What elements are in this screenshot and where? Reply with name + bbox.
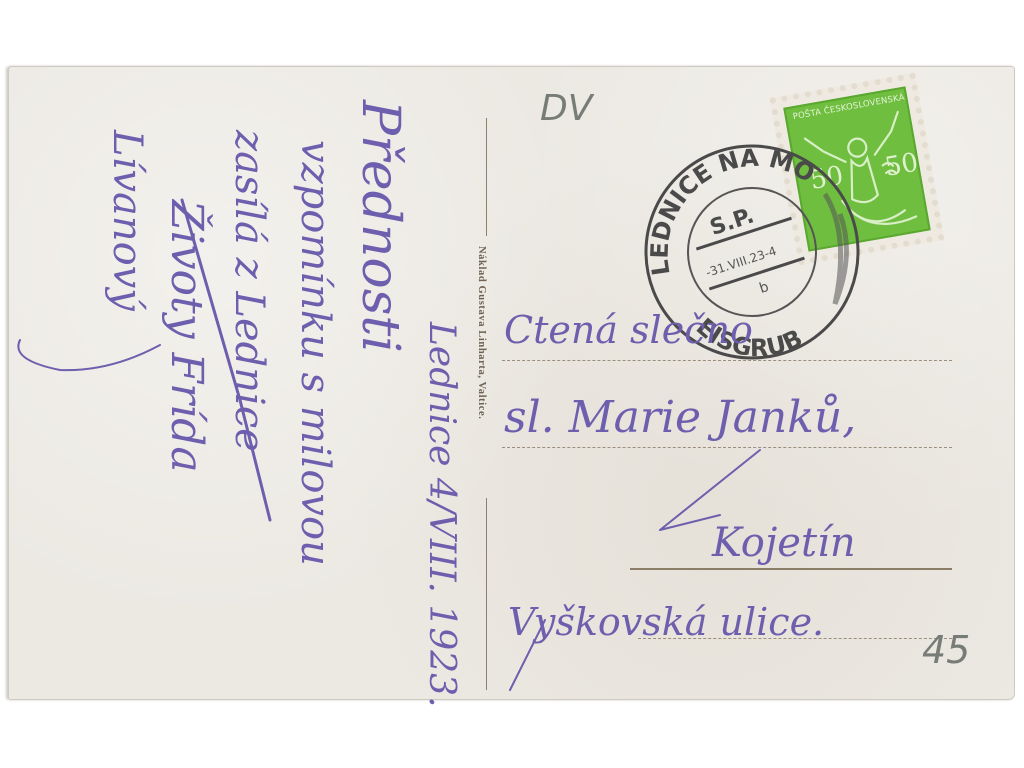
pencil-note-bottom: 45 [922,628,970,672]
address-line-town: Kojetín [712,520,856,566]
message-line-2: vzpomínku s milovou [292,140,338,566]
address-line-name: sl. Marie Janků, [504,392,856,443]
address-line-greeting: Ctená slečno [504,308,753,352]
postmark-date: -31.VIII.23-4 [704,244,778,280]
message-line-3: zasílá z Lednice [226,130,272,452]
postmark-town: LEDNICE NA MOR. [640,134,820,277]
stamp-value-right: 50 [883,148,921,183]
center-divider-bottom [486,498,487,690]
message-place-date: Lednice 4/VIII. 1923. [421,322,462,708]
message-signature: Lívanový [104,130,150,311]
center-divider-top [486,118,487,236]
address-line-street: Vyškovská ulice. [508,600,824,644]
pencil-note-top: DV [540,88,592,129]
message-line-1: Přednosti [350,100,410,353]
address-line-2 [502,447,952,448]
postmark-sp: S.P. [707,203,757,241]
address-line-3 [630,568,952,570]
message-line-4: Životy Frída [161,200,212,473]
publisher-imprint: Náklad Gustava Linharta, Valtice. [476,246,487,420]
postmark-sub-letter: b [757,279,771,297]
